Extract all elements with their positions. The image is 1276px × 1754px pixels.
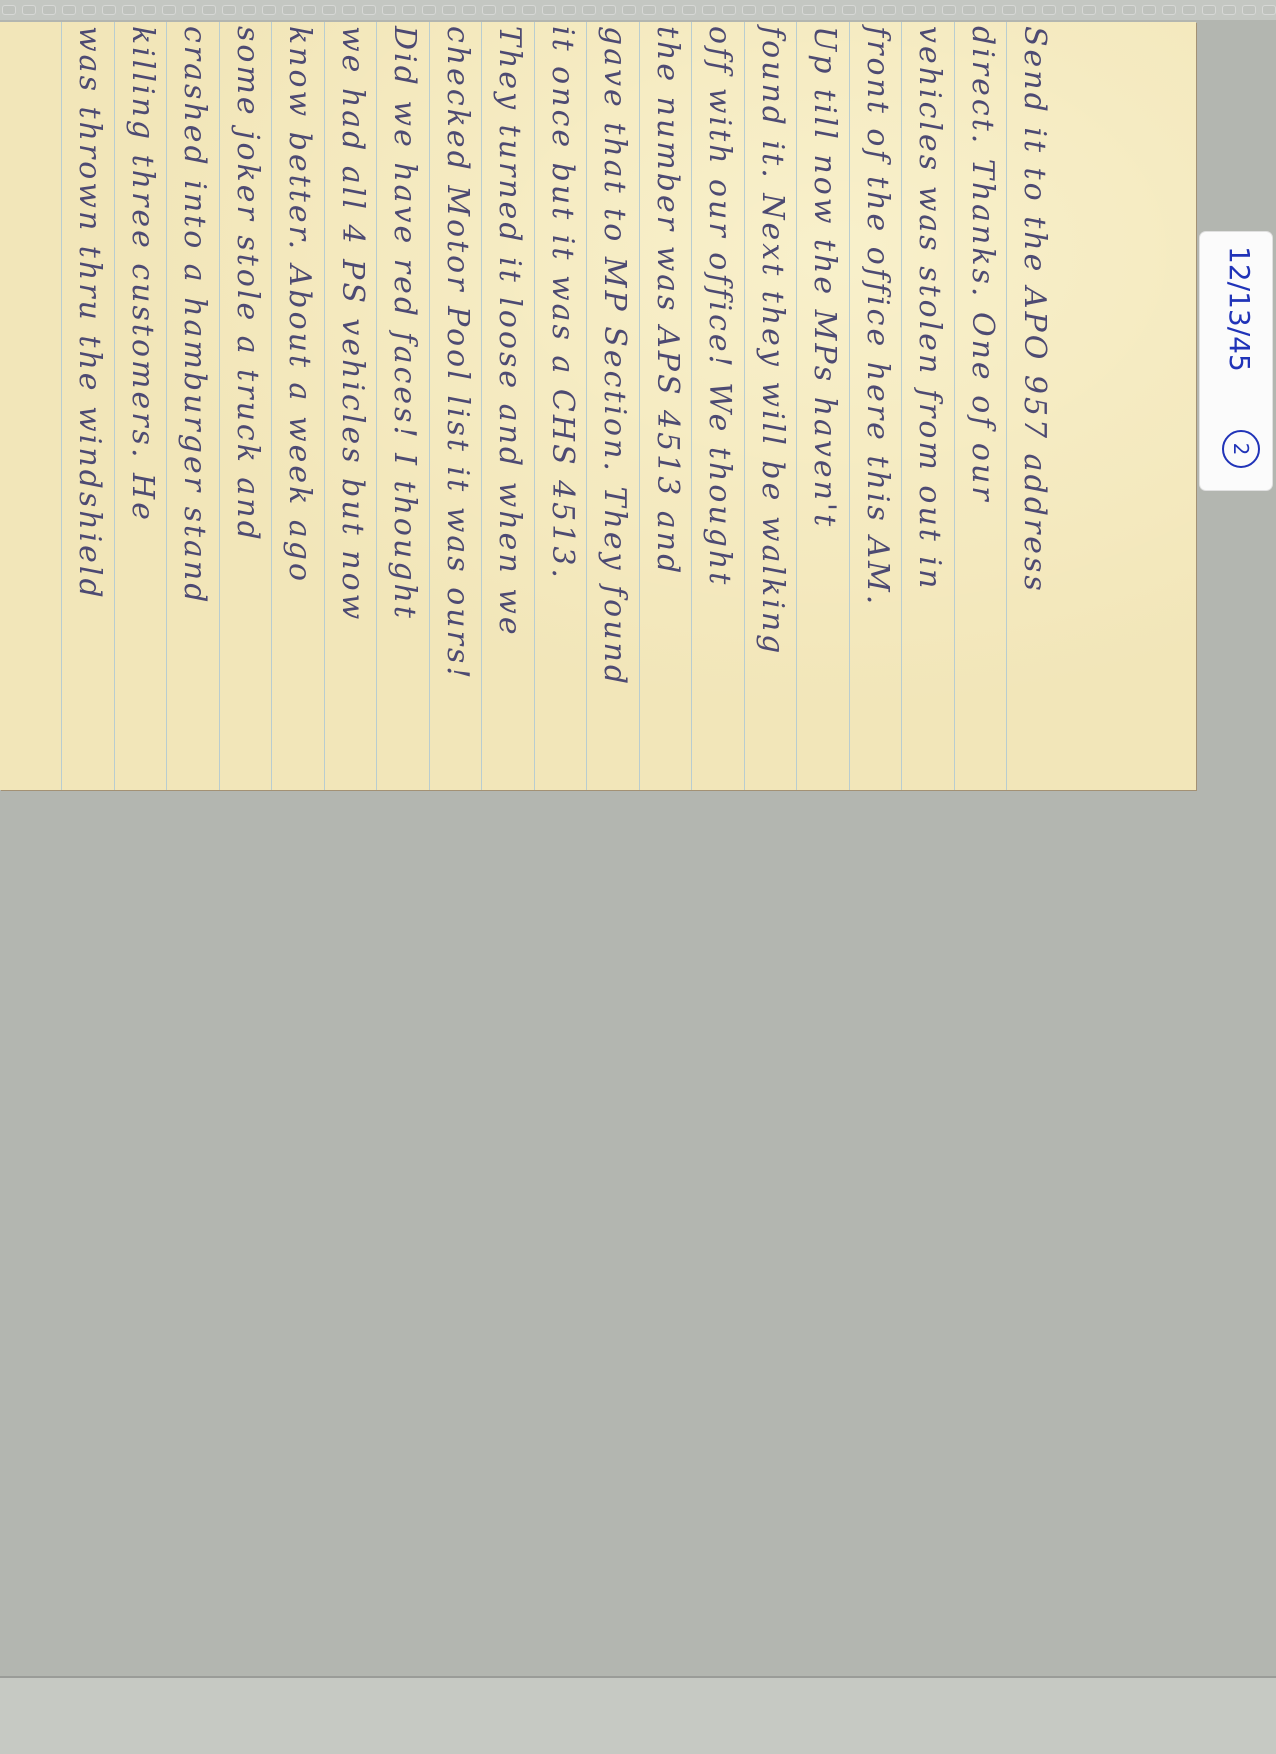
scanner-bed-lower-panel [0,1676,1276,1754]
scanner-hole [1102,5,1116,15]
handwritten-line: checked Motor Pool list it was ours! [440,26,475,681]
scanner-hole [42,5,56,15]
scanner-hole [502,5,516,15]
ruled-line [1006,22,1007,790]
handwritten-line: was thrown thru the windshield [72,26,107,601]
scanner-hole [1062,5,1076,15]
letter-date: 12/13/45 [1223,246,1256,372]
scanner-hole [962,5,976,15]
scanner-hole [82,5,96,15]
ruled-line [586,22,587,790]
scanner-hole [242,5,256,15]
scanner-hole [1002,5,1016,15]
letter-page: Send it to the APO 957 addressdirect. Th… [0,22,1196,790]
scanner-hole [862,5,876,15]
ruled-line [901,22,902,790]
scanner-hole [322,5,336,15]
scanner-hole [362,5,376,15]
scanner-hole [202,5,216,15]
scanner-hole [102,5,116,15]
scanner-hole [62,5,76,15]
ruled-line [166,22,167,790]
scanner-hole [682,5,696,15]
scanner-hole [482,5,496,15]
scanner-hole [882,5,896,15]
handwritten-line: Send it to the APO 957 address [1017,26,1052,594]
handwritten-line: direct. Thanks. One of our [965,26,1000,504]
handwritten-line: front of the office here this AM. [860,26,895,607]
scanner-hole [1042,5,1056,15]
scanner-hole [802,5,816,15]
scanner-hole [542,5,556,15]
handwritten-line: gave that to MP Section. They found [597,26,632,687]
ruled-line [954,22,955,790]
scanner-hole [342,5,356,15]
scanner-hole [642,5,656,15]
handwritten-line: some joker stole a truck and [230,26,265,543]
scanner-hole [1142,5,1156,15]
scanner-hole [1222,5,1236,15]
ruled-line [114,22,115,790]
scanner-hole [662,5,676,15]
scanner-hole [22,5,36,15]
ruled-line [744,22,745,790]
scanner-hole [622,5,636,15]
scanner-hole [602,5,616,15]
scanner-hole [162,5,176,15]
scanner-hole [982,5,996,15]
ruled-line [639,22,640,790]
scanner-hole [1162,5,1176,15]
scanner-hole [582,5,596,15]
scanner-hole [822,5,836,15]
ruled-line [796,22,797,790]
scanner-hole [562,5,576,15]
scanner-hole [722,5,736,15]
scanner-hole [182,5,196,15]
page-number-badge: 2 [1222,430,1260,468]
handwritten-line: off with our office! We thought [702,26,737,587]
scanner-hole [1182,5,1196,15]
handwritten-line: killing three customers. He [125,26,160,523]
scanner-hole [1262,5,1276,15]
handwritten-line: Did we have red faces! I thought [387,26,422,621]
scanner-hole [122,5,136,15]
scanner-hole [1242,5,1256,15]
scanner-hole [462,5,476,15]
ruled-line [271,22,272,790]
handwritten-line: we had all 4 PS vehicles but now [335,26,370,622]
scanner-hole [762,5,776,15]
scanner-hole [142,5,156,15]
scanner-hole [282,5,296,15]
handwritten-line: found it. Next they will be walking [755,26,790,656]
scanner-hole [1122,5,1136,15]
ruled-line [219,22,220,790]
ruled-line [429,22,430,790]
handwritten-line: the number was APS 4513 and [650,26,685,576]
scanner-hole [382,5,396,15]
scanner-hole [262,5,276,15]
handwritten-line: vehicles was stolen from out in [912,26,947,591]
scanner-hole [842,5,856,15]
ruled-line [61,22,62,790]
ruled-line [691,22,692,790]
scanner-hole [222,5,236,15]
ruled-line [376,22,377,790]
scanner-hole [402,5,416,15]
scanner-hole [302,5,316,15]
scanner-hole [942,5,956,15]
ruled-line [849,22,850,790]
handwritten-line: Up till now the MPs haven't [807,26,842,529]
scanner-hole [782,5,796,15]
scanner-hole [702,5,716,15]
scanner-hole [902,5,916,15]
handwritten-line: know better. About a week ago [282,26,317,584]
scanner-hole [1082,5,1096,15]
ruled-line [481,22,482,790]
handwritten-line: They turned it loose and when we [492,26,527,638]
handwritten-line: crashed into a hamburger stand [177,26,212,605]
scanner-edge-strip [0,0,1276,20]
scanner-hole [522,5,536,15]
scanner-hole [1202,5,1216,15]
scanner-hole [742,5,756,15]
scanner-hole [1022,5,1036,15]
scanner-hole [422,5,436,15]
ruled-line [534,22,535,790]
scanner-hole [922,5,936,15]
date-label-tag: 12/13/45 2 [1200,232,1272,490]
handwritten-line: it once but it was a CHS 4513. [545,26,580,581]
ruled-line [324,22,325,790]
scanner-hole [2,5,16,15]
scanner-hole [442,5,456,15]
